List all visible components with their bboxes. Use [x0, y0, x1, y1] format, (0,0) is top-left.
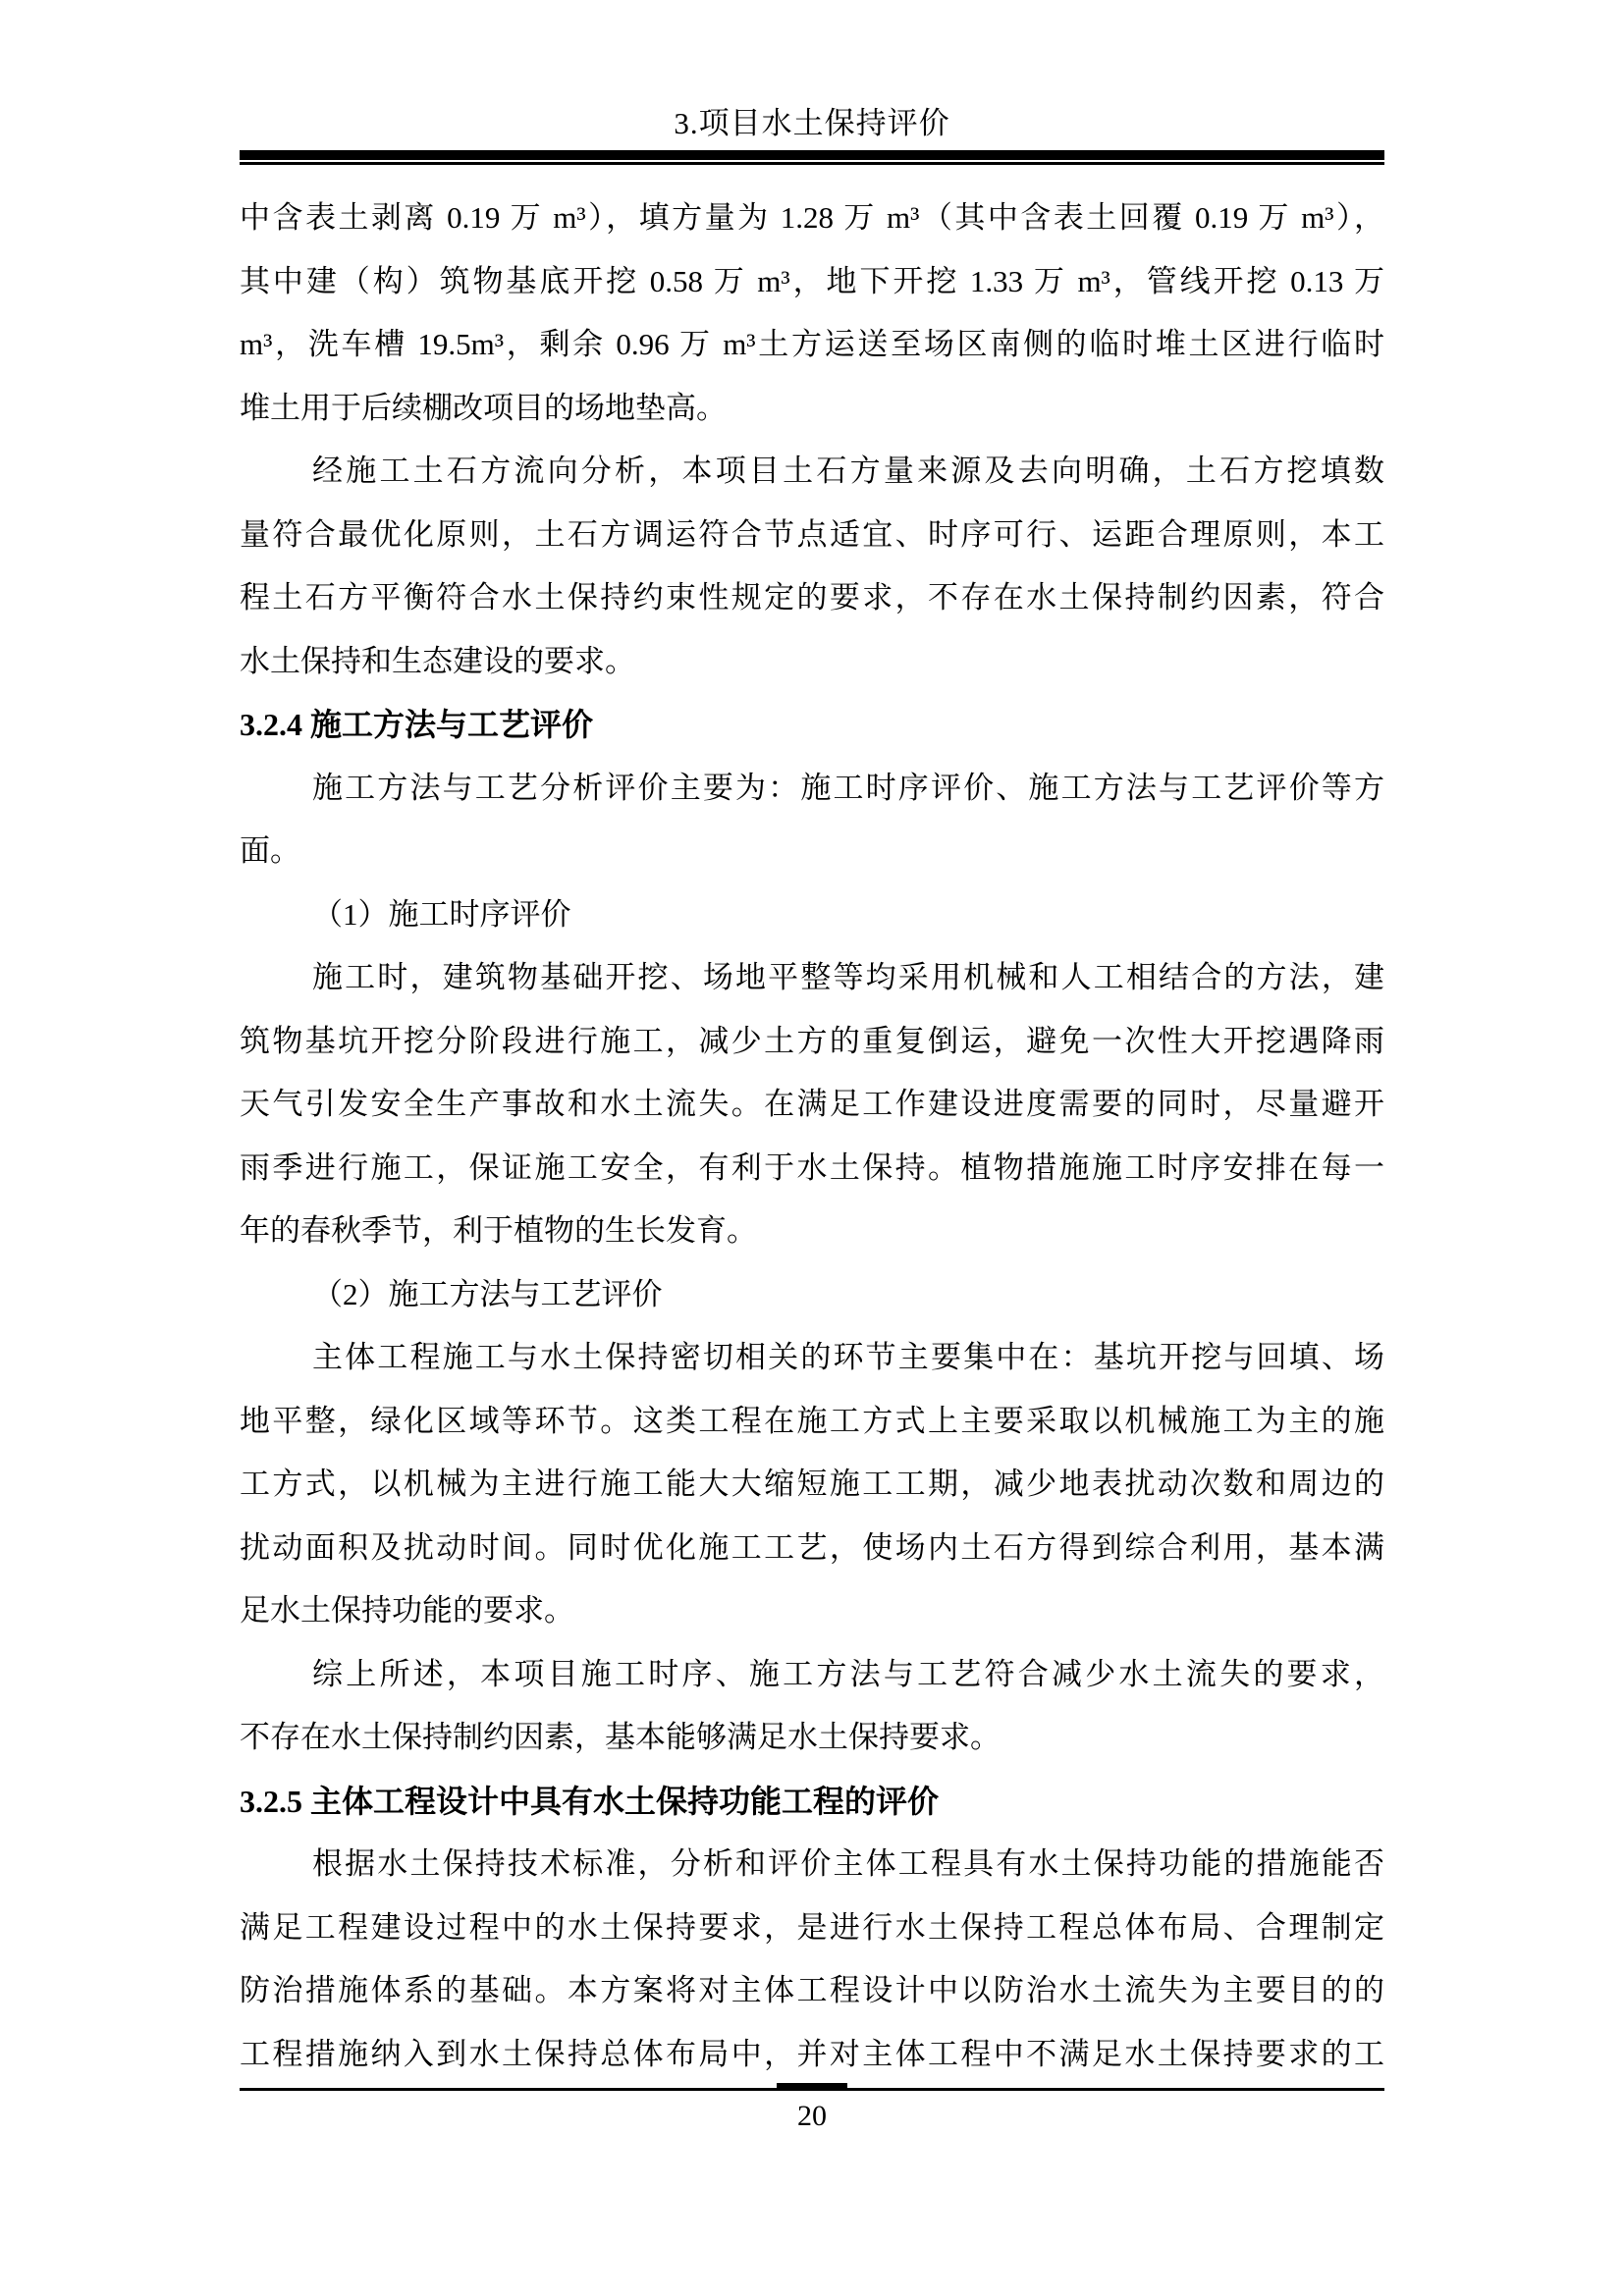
- text-line: 工程措施纳入到水土保持总体布局中，并对主体工程中不满足水土保持要求的工: [240, 2023, 1384, 2087]
- text-line: 施工时，建筑物基础开挖、场地平整等均采用机械和人工相结合的方法，建: [240, 946, 1384, 1010]
- text-line: 不存在水土保持制约因素，基本能够满足水土保持要求。: [240, 1706, 1384, 1770]
- text-line: 堆土用于后续棚改项目的场地垫高。: [240, 377, 1384, 441]
- page-header-title: 3.项目水土保持评价: [240, 102, 1384, 145]
- section-heading: 3.2.4 施工方法与工艺评价: [240, 693, 1384, 757]
- text-line: 年的春秋季节，利于植物的生长发育。: [240, 1200, 1384, 1263]
- text-line: 天气引发安全生产事故和水土流失。在满足工作建设进度需要的同时，尽量避开: [240, 1073, 1384, 1137]
- page-number: 20: [240, 2097, 1384, 2136]
- text-line: 扰动面积及扰动时间。同时优化施工工艺，使场内土石方得到综合利用，基本满: [240, 1517, 1384, 1580]
- text-line: 综上所述，本项目施工时序、施工方法与工艺符合减少水土流失的要求，: [240, 1643, 1384, 1707]
- text-line: 防治措施体系的基础。本方案将对主体工程设计中以防治水土流失为主要目的的: [240, 1959, 1384, 2023]
- section-heading: 3.2.5 主体工程设计中具有水土保持功能工程的评价: [240, 1770, 1384, 1834]
- text-line: 雨季进行施工，保证施工安全，有利于水土保持。植物措施施工时序安排在每一: [240, 1137, 1384, 1201]
- text-line: 施工方法与工艺分析评价主要为：施工时序评价、施工方法与工艺评价等方: [240, 757, 1384, 821]
- text-line: 主体工程施工与水土保持密切相关的环节主要集中在：基坑开挖与回填、场: [240, 1326, 1384, 1390]
- text-line: 程土石方平衡符合水土保持约束性规定的要求，不存在水土保持制约因素，符合: [240, 566, 1384, 630]
- document-body: 中含表土剥离 0.19 万 m³），填方量为 1.28 万 m³（其中含表土回覆…: [240, 187, 1384, 2086]
- footer-center-tick: [777, 2083, 847, 2091]
- text-line: 根据水土保持技术标准，分析和评价主体工程具有水土保持功能的措施能否: [240, 1833, 1384, 1896]
- text-line: 面。: [240, 820, 1384, 883]
- text-line: 中含表土剥离 0.19 万 m³），填方量为 1.28 万 m³（其中含表土回覆…: [240, 187, 1384, 250]
- text-line: （1）施工时序评价: [240, 883, 1384, 947]
- text-line: 工方式，以机械为主进行施工能大大缩短施工工期，减少地表扰动次数和周边的: [240, 1453, 1384, 1517]
- text-line: m³，洗车槽 19.5m³，剩余 0.96 万 m³土方运送至场区南侧的临时堆土…: [240, 313, 1384, 377]
- text-line: 水土保持和生态建设的要求。: [240, 630, 1384, 694]
- text-line: 满足工程建设过程中的水土保持要求，是进行水土保持工程总体布局、合理制定: [240, 1896, 1384, 1960]
- header-rule: [240, 150, 1384, 165]
- text-line: 地平整，绿化区域等环节。这类工程在施工方式上主要采取以机械施工为主的施: [240, 1390, 1384, 1454]
- text-line: 筑物基坑开挖分阶段进行施工，减少土方的重复倒运，避免一次性大开挖遇降雨: [240, 1010, 1384, 1074]
- text-line: 经施工土石方流向分析，本项目土石方量来源及去向明确，土石方挖填数: [240, 440, 1384, 504]
- text-line: 量符合最优化原则，土石方调运符合节点适宜、时序可行、运距合理原则，本工: [240, 504, 1384, 567]
- text-line: 其中建（构）筑物基底开挖 0.58 万 m³，地下开挖 1.33 万 m³，管线…: [240, 250, 1384, 314]
- text-line: （2）施工方法与工艺评价: [240, 1263, 1384, 1327]
- header-rule-thick: [240, 150, 1384, 160]
- footer-rule: [240, 2088, 1384, 2091]
- header-rule-thin: [240, 162, 1384, 165]
- text-line: 足水土保持功能的要求。: [240, 1579, 1384, 1643]
- document-page: 3.项目水土保持评价 中含表土剥离 0.19 万 m³），填方量为 1.28 万…: [0, 0, 1624, 2296]
